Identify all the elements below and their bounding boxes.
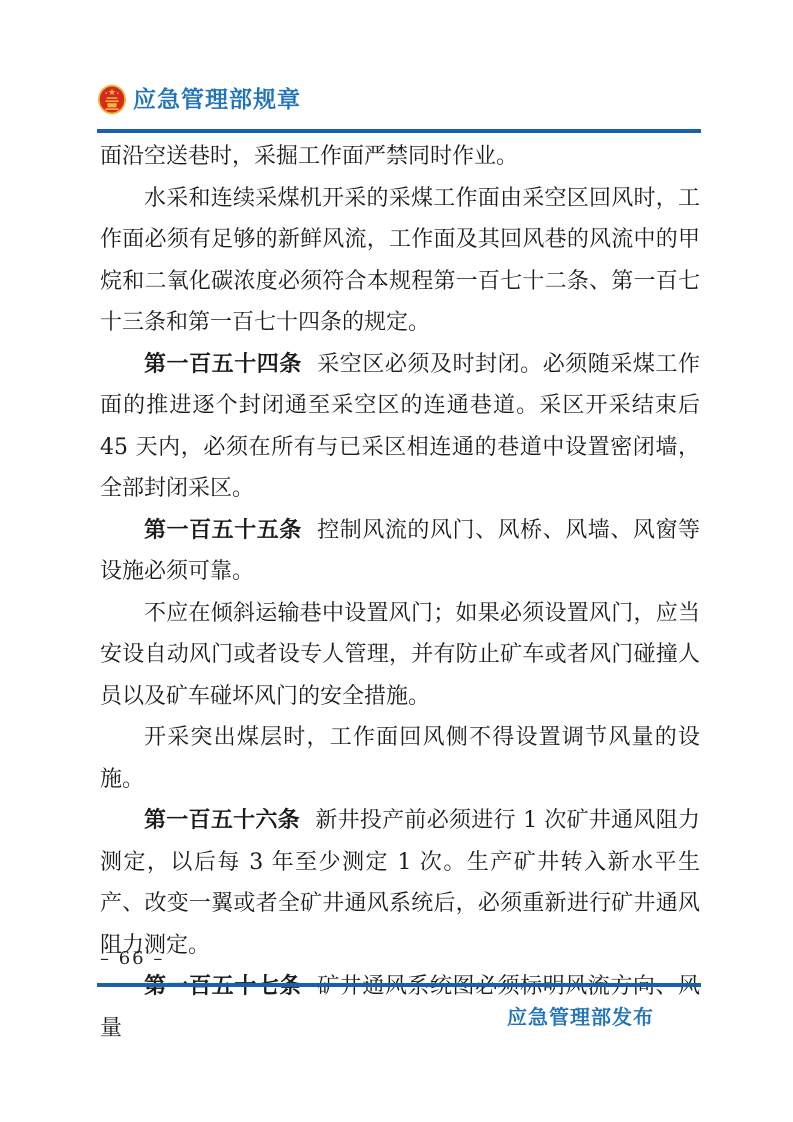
body-paragraph: 不应在倾斜运输巷中设置风门；如果必须设置风门，应当安设自动风门或者设专人管理，并… <box>100 593 700 718</box>
paragraph-text: 不应在倾斜运输巷中设置风门；如果必须设置风门，应当安设自动风门或者设专人管理，并… <box>100 601 700 709</box>
page: 应急管理部规章 面沿空送巷时，采掘工作面严禁同时作业。水采和连续采煤机开采的采煤… <box>0 0 793 1122</box>
publisher-name: 应急管理部发布 <box>100 1001 700 1030</box>
body-paragraph: 面沿空送巷时，采掘工作面严禁同时作业。 <box>100 136 700 178</box>
body-paragraph: 第一百五十四条采空区必须及时封闭。必须随采煤工作面的推进逐个封闭通至采空区的连通… <box>100 344 700 510</box>
page-title: 应急管理部规章 <box>133 84 301 116</box>
paragraph-text: 面沿空送巷时，采掘工作面严禁同时作业。 <box>100 144 518 169</box>
body-paragraph: 第一百五十六条新井投产前必须进行 1 次矿井通风阻力测定，以后每 3 年至少测定… <box>100 800 700 966</box>
paragraph-text: 开采突出煤层时，工作面回风侧不得设置调节风量的设施。 <box>100 725 700 792</box>
footer-rule <box>97 983 701 987</box>
body-paragraph: 开采突出煤层时，工作面回风侧不得设置调节风量的设施。 <box>100 717 700 800</box>
paragraph-text: 水采和连续采煤机开采的采煤工作面由采空区回风时，工作面必须有足够的新鲜风流，工作… <box>100 186 700 336</box>
article-number: 第一百五十四条 <box>144 352 302 377</box>
document-body: 面沿空送巷时，采掘工作面严禁同时作业。水采和连续采煤机开采的采煤工作面由采空区回… <box>100 136 700 1049</box>
national-emblem-icon <box>97 84 127 116</box>
article-number: 第一百五十六条 <box>144 808 300 833</box>
document-header: 应急管理部规章 <box>97 84 701 116</box>
body-paragraph: 水采和连续采煤机开采的采煤工作面由采空区回风时，工作面必须有足够的新鲜风流，工作… <box>100 178 700 344</box>
header-rule <box>97 129 701 133</box>
page-number: – 66 – <box>100 948 164 969</box>
article-number: 第一百五十五条 <box>144 518 302 543</box>
body-paragraph: 第一百五十五条控制风流的风门、风桥、风墙、风窗等设施必须可靠。 <box>100 510 700 593</box>
